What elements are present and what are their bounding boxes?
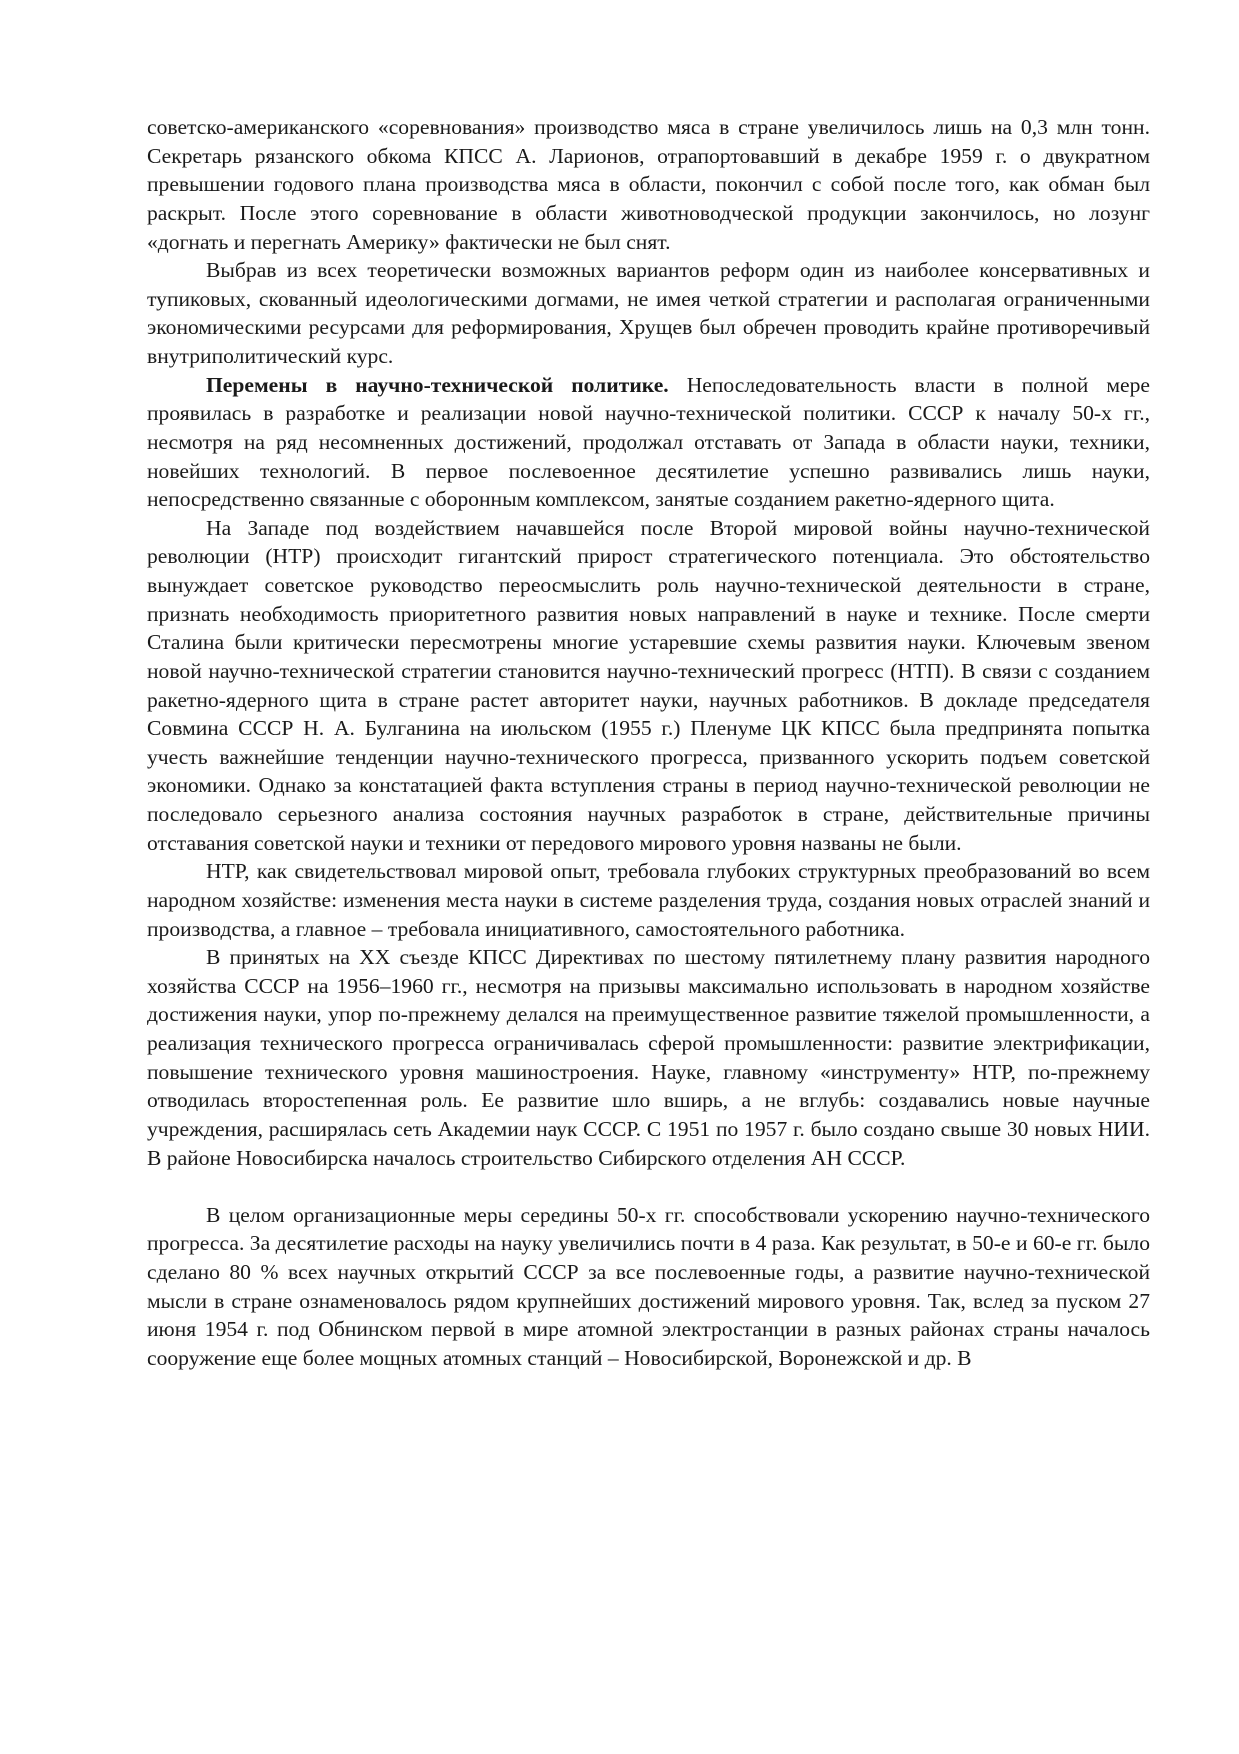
paragraph-science-policy: Перемены в научно-технической политике. … — [147, 371, 1150, 514]
paragraph-ntr-requirements: НТР, как свидетельствовал мировой опыт, … — [147, 857, 1150, 943]
paragraph-organizational-measures: В целом организационные меры середины 50… — [147, 1201, 1150, 1373]
paragraph-spacer — [147, 1172, 1150, 1201]
paragraph-reform-course: Выбрав из всех теоретически возможных ва… — [147, 256, 1150, 371]
document-page: советско-американского «соревнования» пр… — [147, 113, 1150, 1372]
paragraph-meat-competition: советско-американского «соревнования» пр… — [147, 113, 1150, 256]
paragraph-xx-congress: В принятых на XX съезде КПСС Директивах … — [147, 943, 1150, 1172]
paragraph-ntr-west: На Западе под воздействием начавшейся по… — [147, 514, 1150, 858]
section-heading: Перемены в научно-технической политике. — [206, 373, 669, 397]
